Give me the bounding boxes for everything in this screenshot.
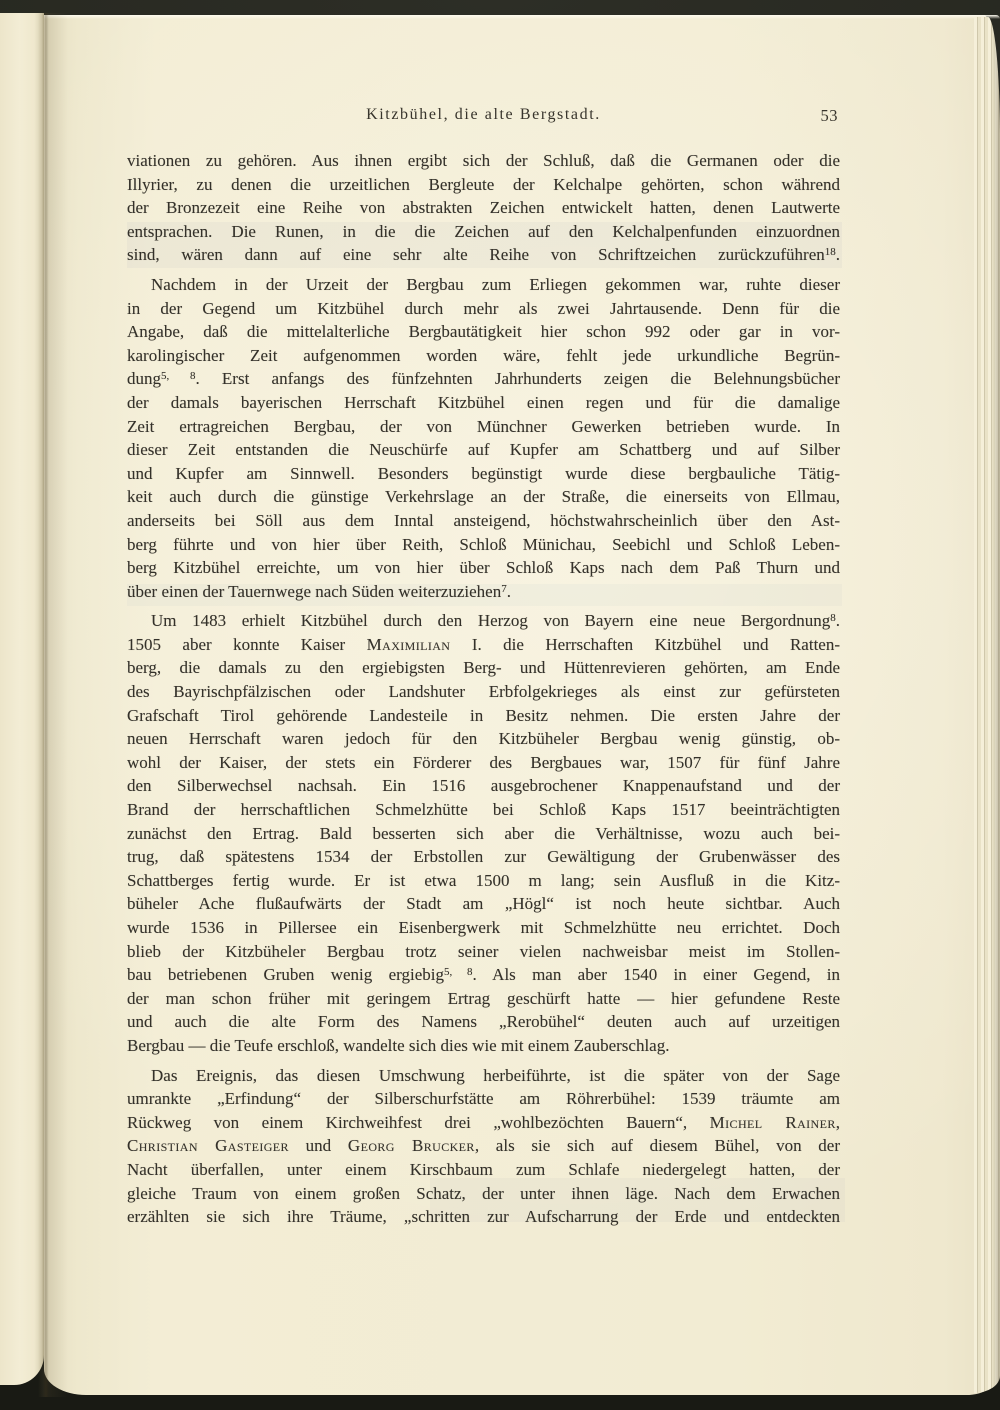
facing-page-edge: [0, 13, 44, 1385]
paragraph: Um 1483 erhielt Kitzbühel durch den Herz…: [127, 609, 840, 1057]
text-line: berg führte und von hier über Reith, Sch…: [127, 533, 840, 557]
text-line: umrankte „Erfindung“ der Silberschurfstä…: [127, 1087, 840, 1111]
text-line: büheler Ache flußaufwärts der Stadt am „…: [127, 892, 840, 916]
text-line: der damals bayerischen Herrschaft Kitzbü…: [127, 391, 840, 415]
text-line: Rückweg von einem Kirchweihfest drei „wo…: [127, 1111, 840, 1135]
running-header-title: Kitzbühel, die alte Bergstadt.: [127, 106, 840, 124]
text-line: trug, daß spätestens 1534 der Erbstollen…: [127, 845, 840, 869]
text-line: und Kupfer am Sinnwell. Besonders begüns…: [127, 462, 840, 486]
text-line: Illyrier, zu denen die urzeitlichen Berg…: [127, 173, 840, 197]
text-line: den Silberwechsel nachsah. Ein 1516 ausg…: [127, 774, 840, 798]
text-line: Zeit ertragreichen Bergbau, der von Münc…: [127, 415, 840, 439]
text-line: Nachdem in der Urzeit der Bergbau zum Er…: [127, 273, 840, 297]
text-line: gleiche Traum von einem großen Schatz, d…: [127, 1182, 840, 1206]
text-line: neuen Herrschaft waren jedoch für den Ki…: [127, 727, 840, 751]
text-line: der Bronzezeit eine Reihe von abstrakten…: [127, 196, 840, 220]
running-header: Kitzbühel, die alte Bergstadt. 53: [127, 106, 840, 130]
text-line: wurde 1536 in Pillersee ein Eisenbergwer…: [127, 916, 840, 940]
text-line: keit auch durch die günstige Verkehrslag…: [127, 485, 840, 509]
text-line: sind, wären dann auf eine sehr alte Reih…: [127, 243, 840, 267]
text-line: Brand der herrschaftlichen Schmelzhütte …: [127, 798, 840, 822]
text-line: in der Gegend um Kitzbühel durch mehr al…: [127, 297, 840, 321]
text-line: Bergbau — die Teufe erschloß, wandelte s…: [127, 1034, 840, 1058]
text-line: des Bayrischpfälzischen oder Landshuter …: [127, 680, 840, 704]
text-line: berg Kitzbühel erreichte, um von hier üb…: [127, 556, 840, 580]
text-line: viationen zu gehören. Aus ihnen ergibt s…: [127, 149, 840, 173]
text-line: karolingischer Zeit aufgenommen worden w…: [127, 344, 840, 368]
paragraph: Nachdem in der Urzeit der Bergbau zum Er…: [127, 273, 840, 603]
text-line: Schattberges fertig wurde. Er ist etwa 1…: [127, 869, 840, 893]
text-line: Grafschaft Tirol gehörende Landesteile i…: [127, 704, 840, 728]
text-line: blieb der Kitzbüheler Bergbau trotz sein…: [127, 940, 840, 964]
text-line: Angabe, daß die mittelalterliche Bergbau…: [127, 320, 840, 344]
paragraph: Das Ereignis, das diesen Umschwung herbe…: [127, 1064, 840, 1229]
text-line: dung5, 8. Erst anfangs des fünfzehnten J…: [127, 367, 840, 391]
text-line: Christian Gasteiger und Georg Brucker, a…: [127, 1134, 840, 1158]
text-line: der man schon früher mit geringem Ertrag…: [127, 987, 840, 1011]
text-line: entsprachen. Die Runen, in die die Zeich…: [127, 220, 840, 244]
text-line: Das Ereignis, das diesen Umschwung herbe…: [127, 1064, 840, 1088]
book-scan: Kitzbühel, die alte Bergstadt. 53 viatio…: [0, 0, 1000, 1410]
text-line: dieser Zeit entstanden die Neuschürfe au…: [127, 438, 840, 462]
text-line: Um 1483 erhielt Kitzbühel durch den Herz…: [127, 609, 840, 633]
page-number: 53: [821, 106, 839, 126]
page-text: viationen zu gehören. Aus ihnen ergibt s…: [127, 149, 840, 1229]
text-line: zunächst den Ertrag. Bald besserten sich…: [127, 822, 840, 846]
page-edge-stack: [974, 17, 1000, 1393]
text-line: erzählten sie sich ihre Träume, „schritt…: [127, 1205, 840, 1229]
text-line: wohl der Kaiser, der stets ein Förderer …: [127, 751, 840, 775]
text-line: Nacht überfallen, unter einem Kirschbaum…: [127, 1158, 840, 1182]
text-line: über einen der Tauernwege nach Süden wei…: [127, 580, 840, 604]
text-line: und auch die alte Form des Namens „Rerob…: [127, 1010, 840, 1034]
text-line: 1505 aber konnte Kaiser Maximilian I. di…: [127, 633, 840, 657]
text-line: anderseits bei Söll aus dem Inntal anste…: [127, 509, 840, 533]
text-line: berg, die damals zu den ergiebigsten Ber…: [127, 656, 840, 680]
paragraph: viationen zu gehören. Aus ihnen ergibt s…: [127, 149, 840, 267]
text-line: bau betriebenen Gruben wenig ergiebig5, …: [127, 963, 840, 987]
